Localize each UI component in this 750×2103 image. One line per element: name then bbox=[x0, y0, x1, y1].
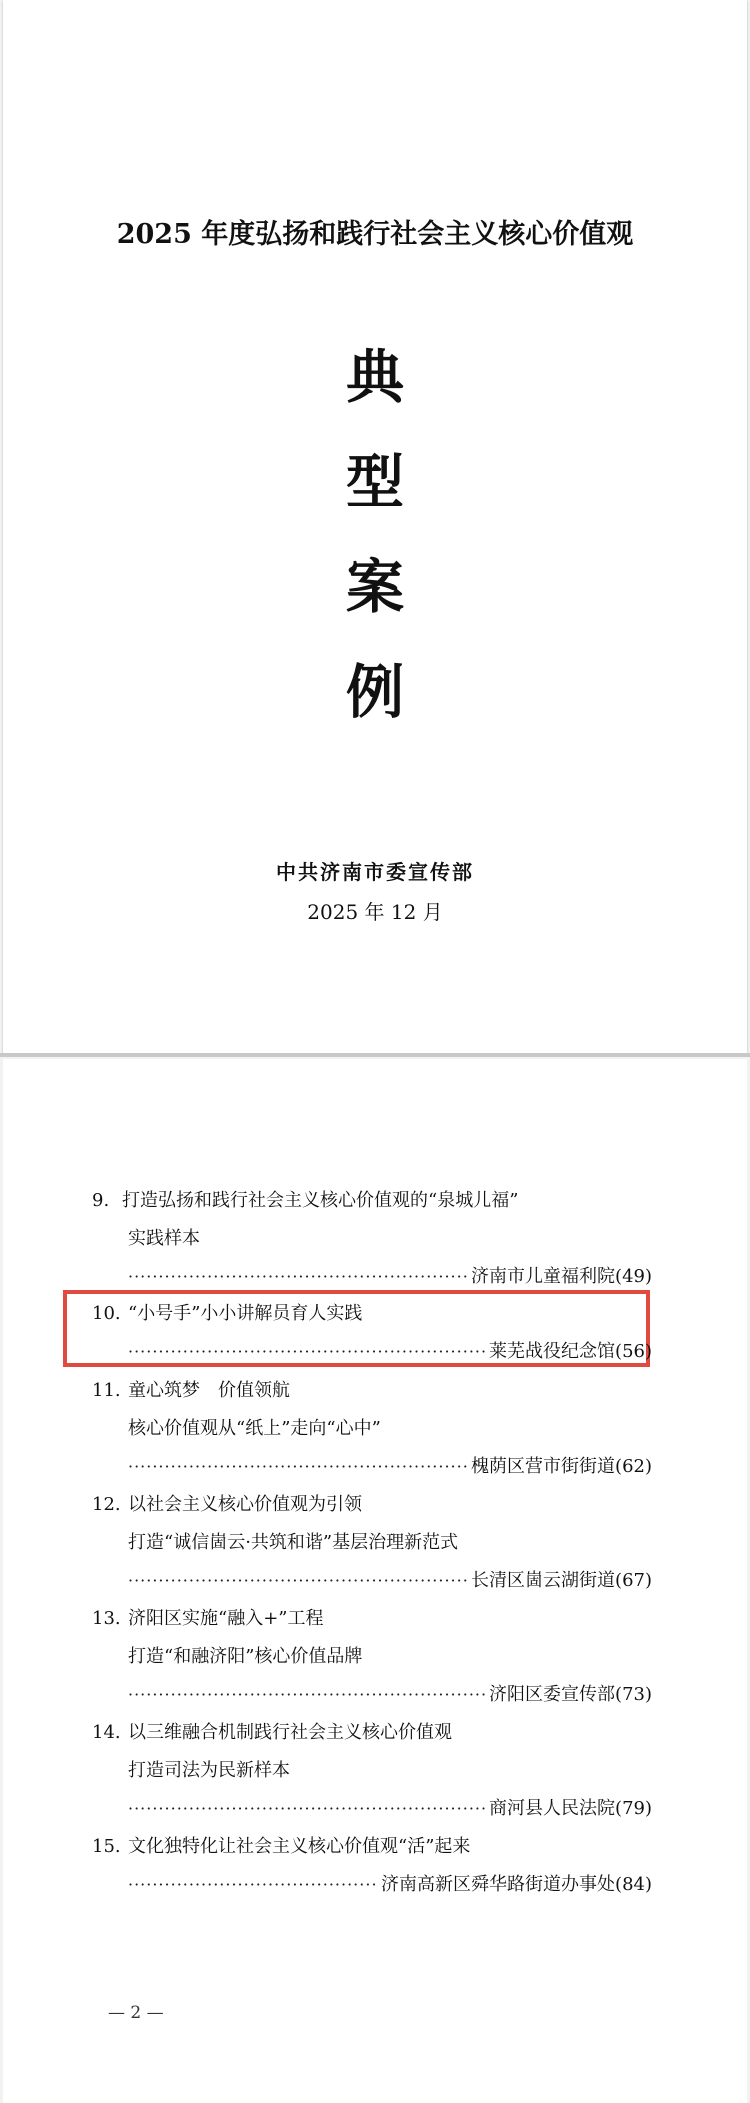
entry-number: 12. bbox=[92, 1494, 121, 1516]
entry-number: 11. bbox=[92, 1380, 121, 1402]
entry-title-line1: 济阳区实施“融入+”工程 bbox=[128, 1608, 324, 1630]
entry-leader: 长清区崮云湖街道(67) bbox=[128, 1570, 652, 1592]
entry-page: (62) bbox=[615, 1456, 652, 1477]
entry-org: 商河县人民法院 bbox=[489, 1798, 615, 1819]
cover-char-3: 案 bbox=[3, 540, 747, 624]
entry-title-line2: 核心价值观从“纸上”走向“心中” bbox=[128, 1418, 381, 1440]
dot-leader bbox=[128, 1570, 467, 1592]
entry-leader: 槐荫区营市街街道(62) bbox=[128, 1456, 652, 1478]
entry-page: (49) bbox=[615, 1266, 652, 1287]
entry-org: 济阳区委宣传部 bbox=[489, 1684, 615, 1705]
entry-number: 9. bbox=[92, 1190, 109, 1212]
entry-leader: 商河县人民法院(79) bbox=[128, 1798, 652, 1820]
entry-page: (56) bbox=[615, 1341, 652, 1362]
entry-number: 15. bbox=[92, 1836, 121, 1858]
cover-date: 2025 年 12 月 bbox=[3, 896, 747, 925]
cover-page: 2025 年度弘扬和践行社会主义核心价值观 典 型 案 例 中共济南市委宣传部 … bbox=[3, 0, 747, 1053]
entry-leader: 莱芜战役纪念馆(56) bbox=[128, 1341, 652, 1363]
entry-number: 13. bbox=[92, 1608, 121, 1630]
entry-title-line1: “小号手”小小讲解员育人实践 bbox=[128, 1303, 362, 1325]
entry-org: 莱芜战役纪念馆 bbox=[489, 1341, 615, 1362]
dot-leader bbox=[128, 1341, 485, 1363]
entry-org: 长清区崮云湖街道 bbox=[471, 1570, 615, 1591]
cover-organization: 中共济南市委宣传部 bbox=[3, 856, 747, 885]
entry-page: (84) bbox=[615, 1874, 652, 1895]
dot-leader bbox=[128, 1798, 485, 1820]
cover-char-1: 典 bbox=[3, 330, 747, 414]
dot-leader bbox=[128, 1266, 467, 1288]
entry-leader: 济南高新区舜华路街道办事处(84) bbox=[128, 1874, 652, 1896]
entry-number: 14. bbox=[92, 1722, 121, 1744]
entry-title-line2: 打造“诚信崮云·共筑和谐”基层治理新范式 bbox=[128, 1532, 458, 1554]
dot-leader bbox=[128, 1456, 467, 1478]
entry-title-line1: 童心筑梦 价值领航 bbox=[128, 1380, 290, 1402]
entry-title-line1: 文化独特化让社会主义核心价值观“活”起来 bbox=[128, 1836, 470, 1858]
entry-page: (73) bbox=[615, 1684, 652, 1705]
entry-page: (79) bbox=[615, 1798, 652, 1819]
entry-title-line1: 以社会主义核心价值观为引领 bbox=[128, 1494, 362, 1516]
entry-number: 10. bbox=[92, 1303, 121, 1325]
entry-title-line2: 实践样本 bbox=[128, 1228, 200, 1250]
cover-title: 2025 年度弘扬和践行社会主义核心价值观 bbox=[3, 212, 747, 251]
page-number: — 2 — bbox=[108, 2003, 164, 2023]
dot-leader bbox=[128, 1874, 377, 1896]
cover-char-4: 例 bbox=[3, 645, 747, 729]
entry-org: 济南高新区舜华路街道办事处 bbox=[381, 1874, 615, 1895]
cover-char-2: 型 bbox=[3, 435, 747, 519]
entry-title-line1: 打造弘扬和践行社会主义核心价值观的“泉城儿福” bbox=[122, 1190, 518, 1212]
entry-title-line1: 以三维融合机制践行社会主义核心价值观 bbox=[128, 1722, 452, 1744]
entry-page: (67) bbox=[615, 1570, 652, 1591]
page-separator bbox=[0, 1053, 750, 1057]
entry-leader: 济阳区委宣传部(73) bbox=[128, 1684, 652, 1706]
entry-leader: 济南市儿童福利院(49) bbox=[128, 1266, 652, 1288]
dot-leader bbox=[128, 1684, 485, 1706]
entry-title-line2: 打造司法为民新样本 bbox=[128, 1760, 290, 1782]
entry-org: 济南市儿童福利院 bbox=[471, 1266, 615, 1287]
entry-title-line2: 打造“和融济阳”核心价值品牌 bbox=[128, 1646, 362, 1668]
entry-org: 槐荫区营市街街道 bbox=[471, 1456, 615, 1477]
